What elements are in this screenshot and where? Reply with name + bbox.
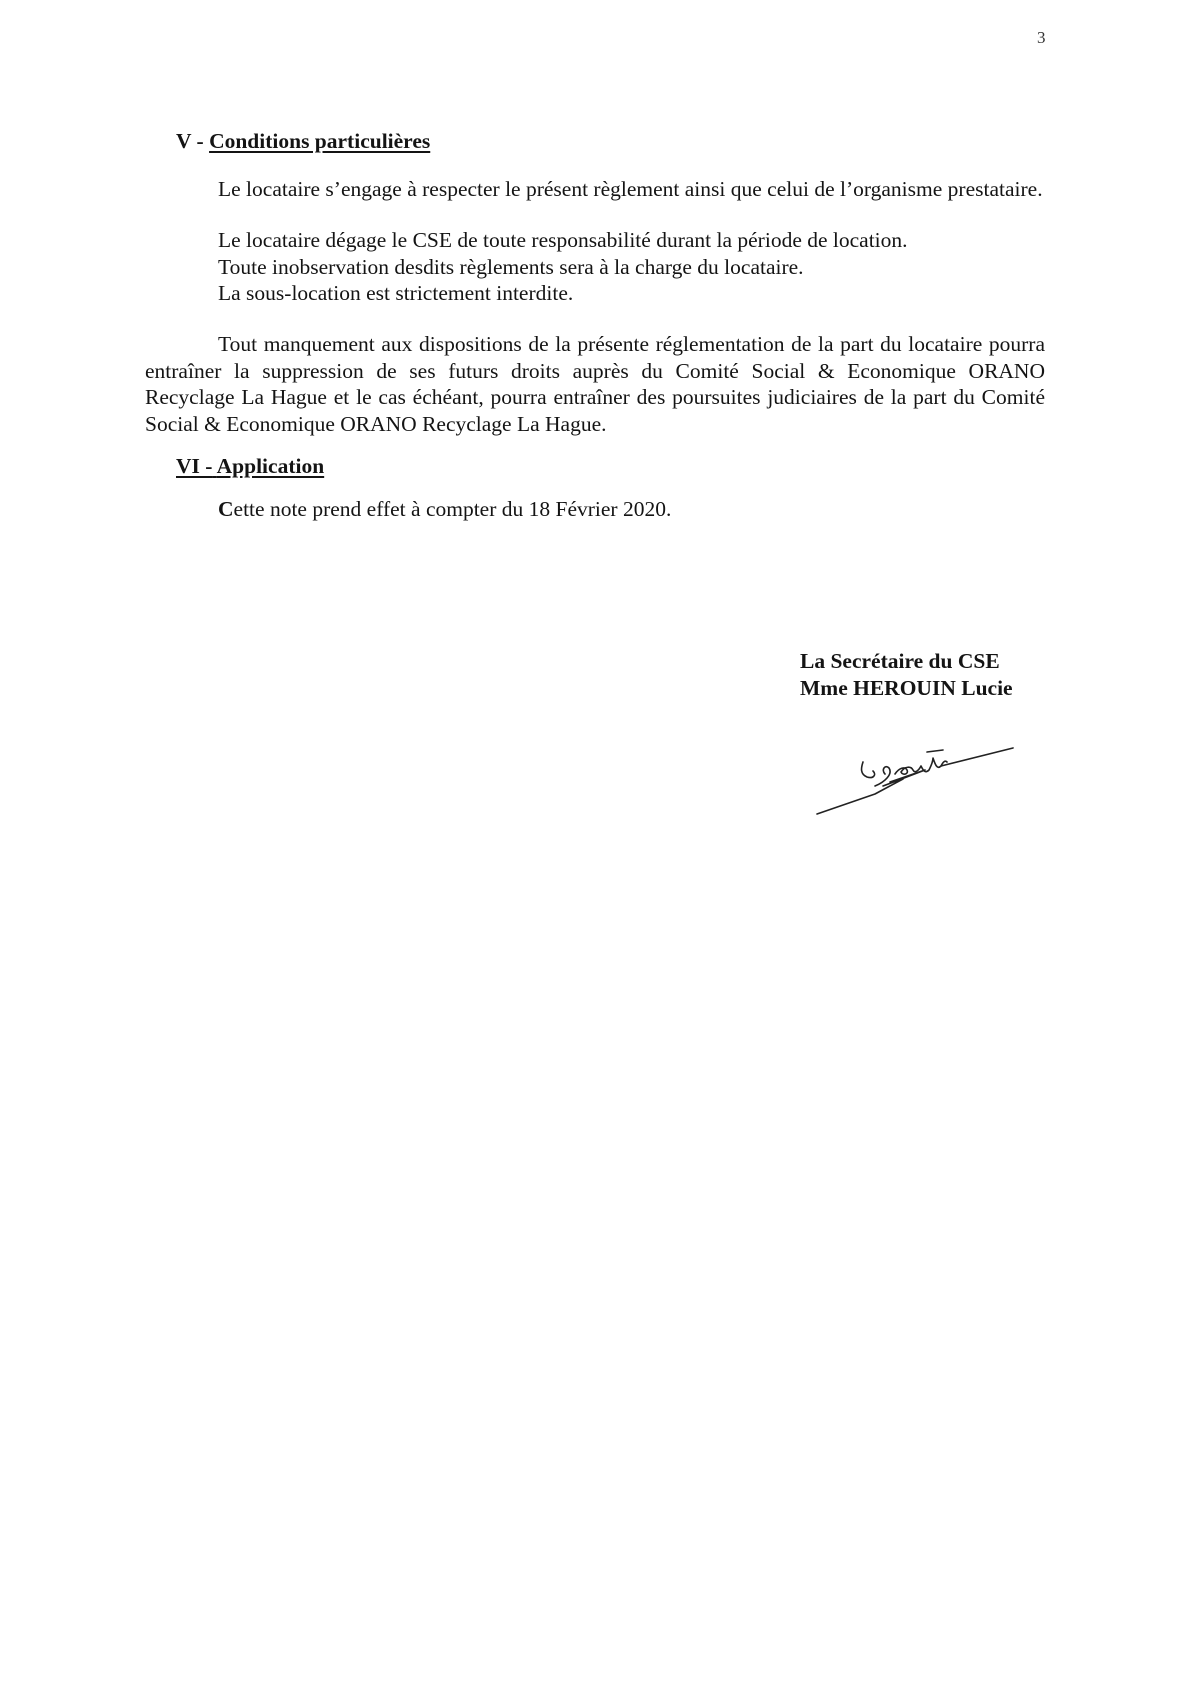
section-title: Conditions particulières — [209, 129, 430, 153]
signatory-block: La Secrétaire du CSE Mme HEROUIN Lucie — [800, 648, 1013, 701]
paragraph-engagement: Le locataire s’engage à respecter le pré… — [145, 176, 1045, 203]
section-number: VI - Application — [176, 454, 324, 478]
document-body: V - Conditions particulières Le locatair… — [145, 128, 1045, 523]
page-number: 3 — [1037, 28, 1046, 48]
section-heading-vi: VI - Application — [145, 453, 1045, 480]
section-number: V - — [176, 129, 204, 153]
condition-line: Toute inobservation desdits règlements s… — [218, 254, 1045, 281]
paragraph-sanctions: Tout manquement aux dispositions de la p… — [145, 331, 1045, 437]
condition-line: Le locataire dégage le CSE de toute resp… — [218, 227, 1045, 254]
signatory-role: La Secrétaire du CSE — [800, 648, 1013, 675]
conditions-lines: Le locataire dégage le CSE de toute resp… — [145, 227, 1045, 307]
condition-line: La sous-location est strictement interdi… — [218, 280, 1045, 307]
signatory-name: Mme HEROUIN Lucie — [800, 675, 1013, 702]
section-heading-v: V - Conditions particulières — [145, 128, 1045, 155]
paragraph-effective-date: Cette note prend effet à compter du 18 F… — [145, 496, 1045, 523]
signature-icon — [815, 722, 1015, 822]
